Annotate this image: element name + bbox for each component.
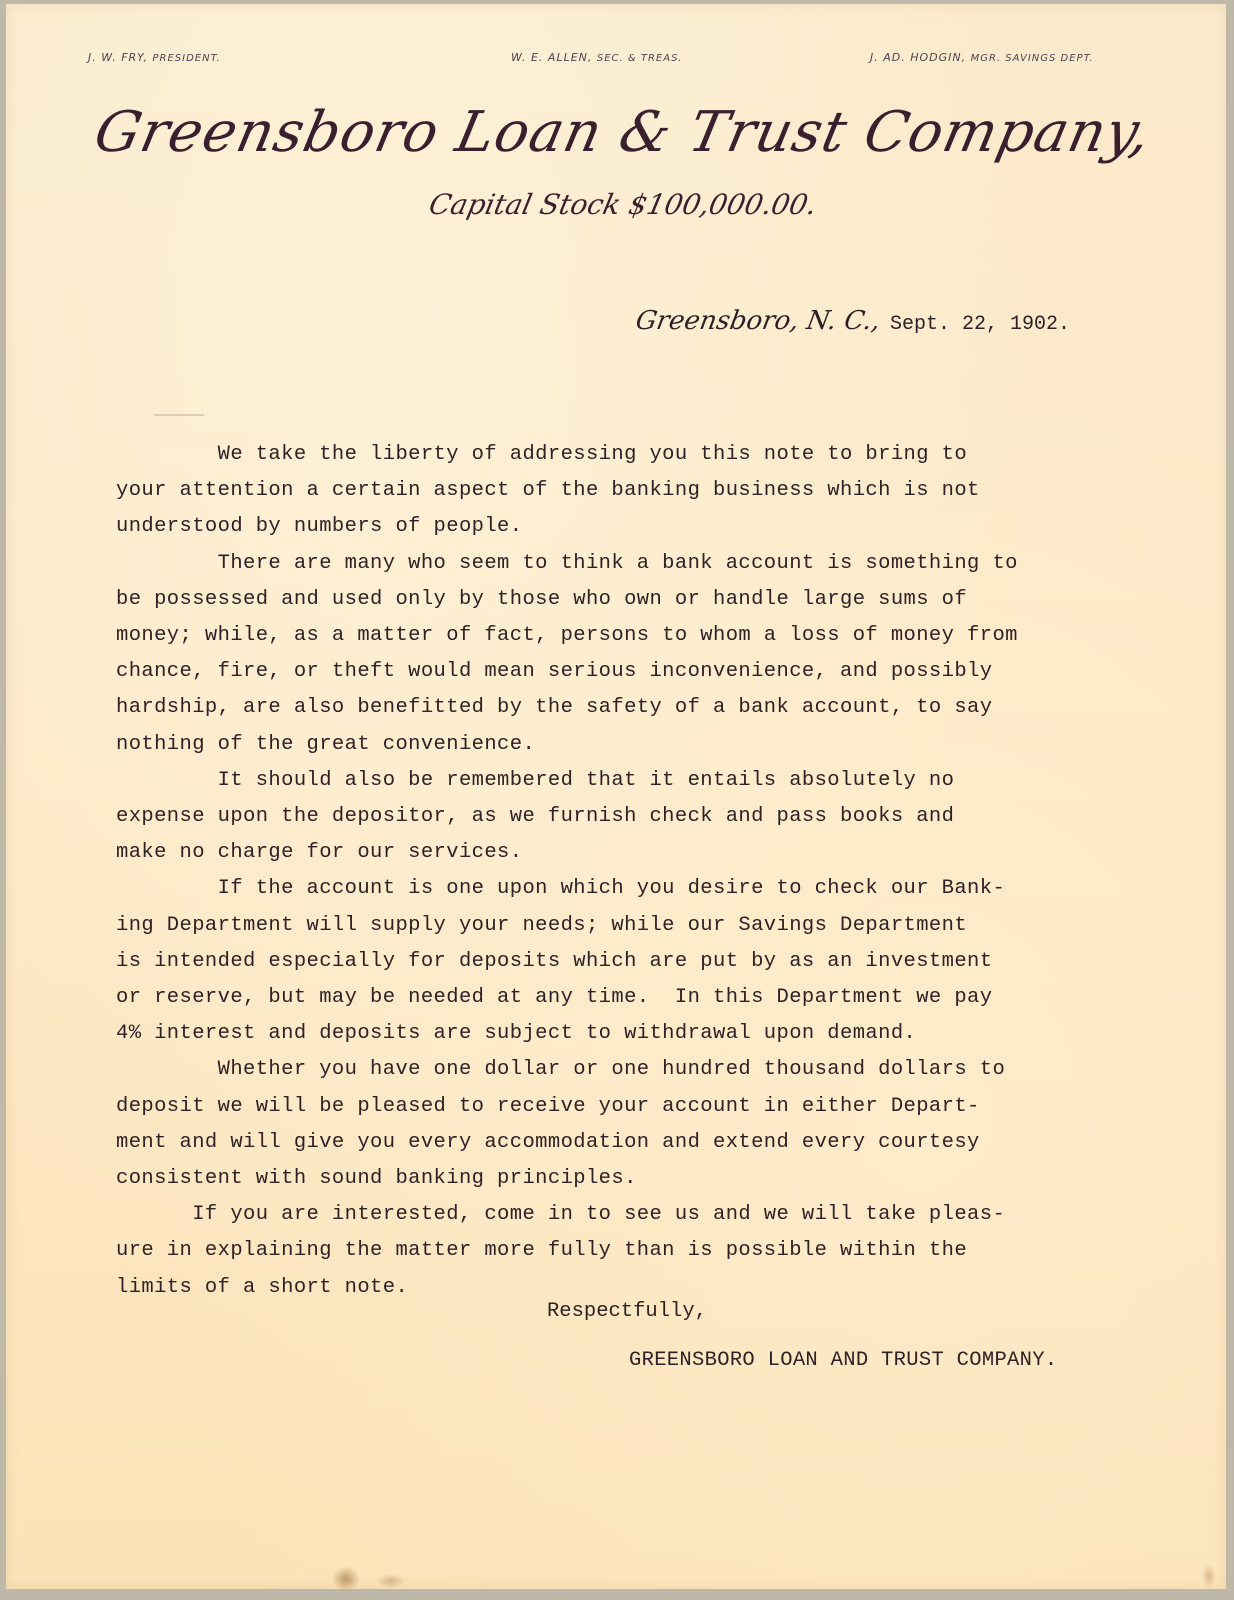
text-line: deposit we will be pleased to receive yo…: [116, 1089, 1126, 1125]
text-line: understood by numbers of people.: [116, 509, 1126, 545]
paragraph-5: Whether you have one dollar or one hundr…: [116, 1052, 1126, 1197]
text-line: ing Department will supply your needs; w…: [116, 908, 1126, 944]
text-line: ure in explaining the matter more fully …: [116, 1233, 1126, 1269]
text-line: chance, fire, or theft would mean seriou…: [116, 654, 1126, 690]
closing-salutation: Respectfully,: [547, 1300, 707, 1323]
text-line: money; while, as a matter of fact, perso…: [116, 618, 1126, 654]
text-line: There are many who seem to think a bank …: [116, 546, 1126, 582]
officer-title: SEC. & TREAS.: [597, 53, 683, 64]
paper-stain: [1202, 1564, 1216, 1588]
signature-block: GREENSBORO LOAN AND TRUST COMPANY.: [629, 1349, 1057, 1372]
officer-name: J. AD. HODGIN,: [870, 51, 966, 64]
text-line: make no charge for our services.: [116, 835, 1126, 871]
paragraph-6: If you are interested, come in to see us…: [116, 1197, 1126, 1306]
paper-stain: [332, 1566, 360, 1592]
paragraph-2: There are many who seem to think a bank …: [116, 546, 1126, 763]
text-line: ment and will give you every accommodati…: [116, 1125, 1126, 1161]
officers-row: J. W. FRY, PRESIDENT. W. E. ALLEN, SEC. …: [6, 51, 1226, 71]
officer-secretary-treasurer: W. E. ALLEN, SEC. & TREAS.: [511, 51, 683, 64]
paper-stain: [376, 1574, 406, 1588]
paragraph-1: We take the liberty of addressing you th…: [116, 437, 1126, 546]
officer-title: PRESIDENT.: [152, 53, 220, 64]
company-name: Greensboro Loan & Trust Company,: [0, 100, 1234, 165]
text-line: or reserve, but may be needed at any tim…: [116, 980, 1126, 1016]
text-line: is intended especially for deposits whic…: [116, 944, 1126, 980]
paragraph-3: It should also be remembered that it ent…: [116, 763, 1126, 872]
capital-stock: Capital Stock $100,000.00.: [2, 188, 1234, 221]
text-line: expense upon the depositor, as we furnis…: [116, 799, 1126, 835]
text-line: consistent with sound banking principles…: [116, 1161, 1126, 1197]
dateline-date: Sept. 22, 1902.: [890, 313, 1070, 336]
officer-savings-manager: J. AD. HODGIN, MGR. SAVINGS DEPT.: [870, 51, 1094, 64]
officer-title: MGR. SAVINGS DEPT.: [971, 53, 1094, 64]
dateline: Greensboro, N. C., Sept. 22, 1902.: [636, 306, 1070, 336]
text-line: be possessed and used only by those who …: [116, 582, 1126, 618]
officer-name: J. W. FRY,: [88, 51, 148, 64]
dateline-place: Greensboro, N. C.,: [633, 306, 882, 336]
text-line: If you are interested, come in to see us…: [116, 1197, 1126, 1233]
faint-pencil-mark: [154, 414, 204, 416]
text-line: 4% interest and deposits are subject to …: [116, 1016, 1126, 1052]
text-line: hardship, are also benefitted by the saf…: [116, 690, 1126, 726]
text-line: Whether you have one dollar or one hundr…: [116, 1052, 1126, 1088]
officer-president: J. W. FRY, PRESIDENT.: [88, 51, 221, 64]
paragraph-4: If the account is one upon which you des…: [116, 871, 1126, 1052]
text-line: nothing of the great convenience.: [116, 727, 1126, 763]
text-line: We take the liberty of addressing you th…: [116, 437, 1126, 473]
text-line: your attention a certain aspect of the b…: [116, 473, 1126, 509]
officer-name: W. E. ALLEN,: [511, 51, 592, 64]
letter-paper: J. W. FRY, PRESIDENT. W. E. ALLEN, SEC. …: [6, 4, 1226, 1589]
letter-body: We take the liberty of addressing you th…: [116, 437, 1126, 1306]
text-line: If the account is one upon which you des…: [116, 871, 1126, 907]
text-line: It should also be remembered that it ent…: [116, 763, 1126, 799]
